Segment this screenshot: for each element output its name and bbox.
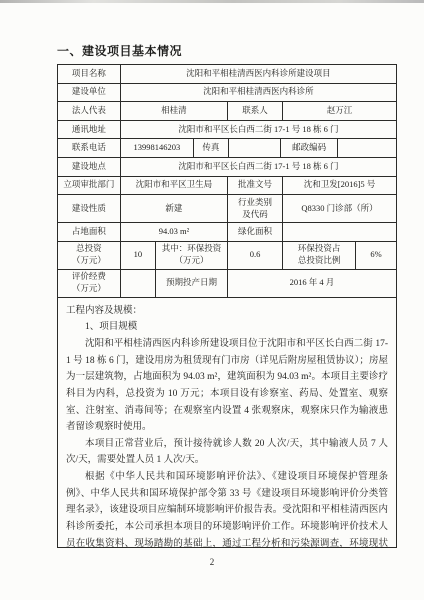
env-invest-label: 其中：环保投资 （万元） [156, 242, 228, 269]
approval-dept-value: 沈阳市和平区卫生局 [121, 177, 228, 195]
builder-label: 建设单位 [58, 84, 121, 102]
row-investment: 总投资 （万元） 10 其中：环保投资 （万元） 0.6 环保投资占 总投资比例… [58, 242, 396, 270]
address-value: 沈阳市和平区长白西二街 17-1 号 18 栋 6 门 [121, 121, 396, 139]
page-number: 2 [0, 557, 424, 567]
row-phone: 联系电话 13998146203 传真 邮政编码 [58, 139, 396, 158]
phone-label: 联系电话 [58, 139, 121, 157]
row-approval: 立项审批部门 沈阳市和平区卫生局 批准文号 沈和卫发[2016]5 号 [58, 177, 396, 196]
env-ratio-label: 环保投资占 总投资比例 [283, 242, 356, 269]
land-area-label: 占地面积 [58, 223, 121, 241]
legal-rep-value: 相桂清 [121, 102, 228, 120]
approval-dept-label: 立项审批部门 [58, 177, 121, 195]
prod-date-label: 预期投产日期 [156, 270, 228, 297]
builder-value: 沈阳和平相桂清西医内科诊所 [121, 84, 396, 102]
contact-person-label: 联系人 [228, 102, 283, 120]
project-name-value: 沈阳和平相桂清西医内科诊所建设项目 [121, 65, 396, 83]
row-legal-rep: 法人代表 相桂清 联系人 赵万江 [58, 102, 396, 121]
document-body: 一、建设项目基本情况 项目名称 沈阳和平相桂清西医内科诊所建设项目 建设单位 沈… [57, 42, 397, 548]
row-address: 通讯地址 沈阳市和平区长白西二街 17-1 号 18 栋 6 门 [58, 121, 396, 140]
content-paragraph-1: 沈阳和平相桂清西医内科诊所建设项目位于沈阳市和平区长白西二街 17-1 号 18… [66, 336, 388, 436]
site-label: 建设地点 [58, 158, 121, 176]
row-nature: 建设性质 新建 行业类别 及代码 Q8330 门诊部（所） [58, 195, 396, 223]
total-invest-label: 总投资 （万元） [58, 242, 121, 269]
land-area-value: 94.03 m² [121, 223, 228, 241]
industry-value: Q8330 门诊部（所） [283, 195, 396, 222]
contact-person-value: 赵万江 [283, 102, 396, 120]
content-heading: 工程内容及规模： [66, 303, 388, 320]
approval-doc-value: 沈和卫发[2016]5 号 [283, 177, 396, 195]
address-label: 通讯地址 [58, 121, 121, 139]
green-area-label: 绿化面积 [228, 223, 283, 241]
row-site: 建设地点 沈阳市和平区长白西二街 17-1 号 18 栋 6 门 [58, 158, 396, 177]
project-name-label: 项目名称 [58, 65, 121, 83]
nature-label: 建设性质 [58, 195, 121, 222]
content-subheading: 1、项目规模 [66, 319, 388, 336]
section-title: 一、建设项目基本情况 [57, 42, 397, 59]
row-eval-fee: 评价经费 （万元） 预期投产日期 2016 年 4 月 [58, 270, 396, 298]
row-project-name: 项目名称 沈阳和平相桂清西医内科诊所建设项目 [58, 65, 396, 84]
eval-fee-label: 评价经费 （万元） [58, 270, 121, 297]
project-content-cell: 工程内容及规模： 1、项目规模 沈阳和平相桂清西医内科诊所建设项目位于沈阳市和平… [58, 298, 396, 547]
content-paragraph-3: 根据《中华人民共和国环境影响评价法》、《建设项目环境保护管理条例》、中华人民共和… [66, 469, 388, 547]
site-value: 沈阳市和平区长白西二街 17-1 号 18 栋 6 门 [121, 158, 396, 176]
nature-value: 新建 [121, 195, 228, 222]
row-builder: 建设单位 沈阳和平相桂清西医内科诊所 [58, 84, 396, 103]
row-area: 占地面积 94.03 m² 绿化面积 [58, 223, 396, 242]
project-info-table: 项目名称 沈阳和平相桂清西医内科诊所建设项目 建设单位 沈阳和平相桂清西医内科诊… [57, 64, 397, 548]
env-ratio-value: 6% [356, 242, 396, 269]
postcode-value [338, 139, 396, 157]
industry-label: 行业类别 及代码 [228, 195, 283, 222]
content-paragraph-2: 本项目正常营业后，预计接待就诊人数 20 人次/天，其中输液人员 7 人次/天，… [66, 436, 388, 469]
postcode-label: 邮政编码 [281, 139, 338, 157]
legal-rep-label: 法人代表 [58, 102, 121, 120]
eval-fee-value [121, 270, 156, 297]
row-project-content: 工程内容及规模： 1、项目规模 沈阳和平相桂清西医内科诊所建设项目位于沈阳市和平… [58, 298, 396, 547]
fax-value [229, 139, 281, 157]
approval-doc-label: 批准文号 [228, 177, 283, 195]
env-invest-value: 0.6 [228, 242, 283, 269]
prod-date-value: 2016 年 4 月 [228, 270, 396, 297]
scan-artifact-top-edge [0, 0, 424, 3]
green-area-value [283, 223, 396, 241]
total-invest-value: 10 [121, 242, 156, 269]
fax-label: 传真 [194, 139, 229, 157]
phone-value: 13998146203 [121, 139, 194, 157]
document-page: 一、建设项目基本情况 项目名称 沈阳和平相桂清西医内科诊所建设项目 建设单位 沈… [0, 0, 424, 600]
